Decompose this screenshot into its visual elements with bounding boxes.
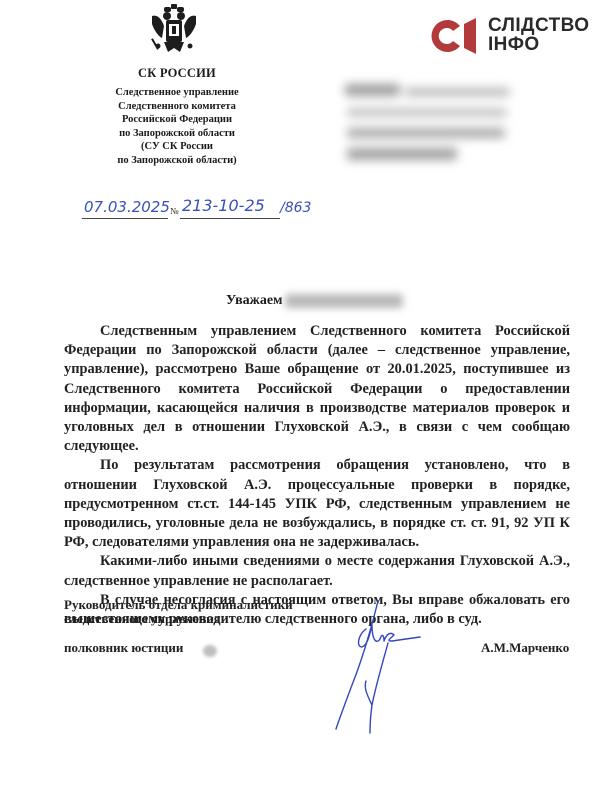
body-paragraph: Какими-либо иными сведениями о месте сод… — [64, 552, 570, 590]
number-underline — [180, 218, 280, 219]
org-line: Следственного комитета — [62, 100, 292, 114]
org-line: по Запорожской области — [62, 127, 292, 141]
org-line: Российской Федерации — [62, 113, 292, 127]
logo-line2: ІНФО — [488, 35, 589, 54]
body-paragraph: По результатам рассмотрения обращения ус… — [64, 456, 570, 552]
registration-line: 07.03.2025 № 213-10-25 /863 — [82, 190, 352, 230]
salutation: Уважаем — [226, 293, 283, 309]
position-line: следственного управления — [64, 612, 293, 626]
number-label: № — [170, 206, 179, 216]
stamp-smudge — [203, 645, 217, 657]
org-title: СК РОССИИ — [62, 66, 292, 81]
body-paragraph: Следственным управлением Следственного к… — [64, 322, 570, 456]
signer-rank: полковник юстиции — [64, 640, 183, 656]
registration-suffix: /863 — [280, 200, 311, 216]
logo-line1: СЛІДСТВО — [488, 16, 589, 35]
signer-name: А.М.Марченко — [481, 640, 569, 656]
signer-position: Руководитель отдела криминалистики следс… — [64, 598, 293, 625]
org-line: по Запорожской области) — [62, 154, 292, 168]
org-line: Следственное управление — [62, 86, 292, 100]
logo-mark-icon — [426, 16, 478, 56]
registration-date: 07.03.2025 — [84, 198, 170, 216]
logo-text: СЛІДСТВО ІНФО — [488, 16, 589, 54]
org-header: СК РОССИИ Следственное управление Следст… — [62, 66, 292, 168]
org-line: (СУ СК России — [62, 140, 292, 154]
date-underline — [82, 218, 168, 219]
slidstvo-info-logo: СЛІДСТВО ІНФО — [426, 14, 606, 58]
registration-number: 213-10-25 — [182, 196, 265, 215]
russian-coat-of-arms-icon — [148, 2, 200, 58]
letter-body: Следственным управлением Следственного к… — [64, 322, 570, 629]
handwritten-signature-icon — [320, 595, 430, 735]
redacted-addressee — [345, 82, 515, 167]
redacted-recipient-name — [285, 294, 403, 308]
position-line: Руководитель отдела криминалистики — [64, 598, 293, 612]
